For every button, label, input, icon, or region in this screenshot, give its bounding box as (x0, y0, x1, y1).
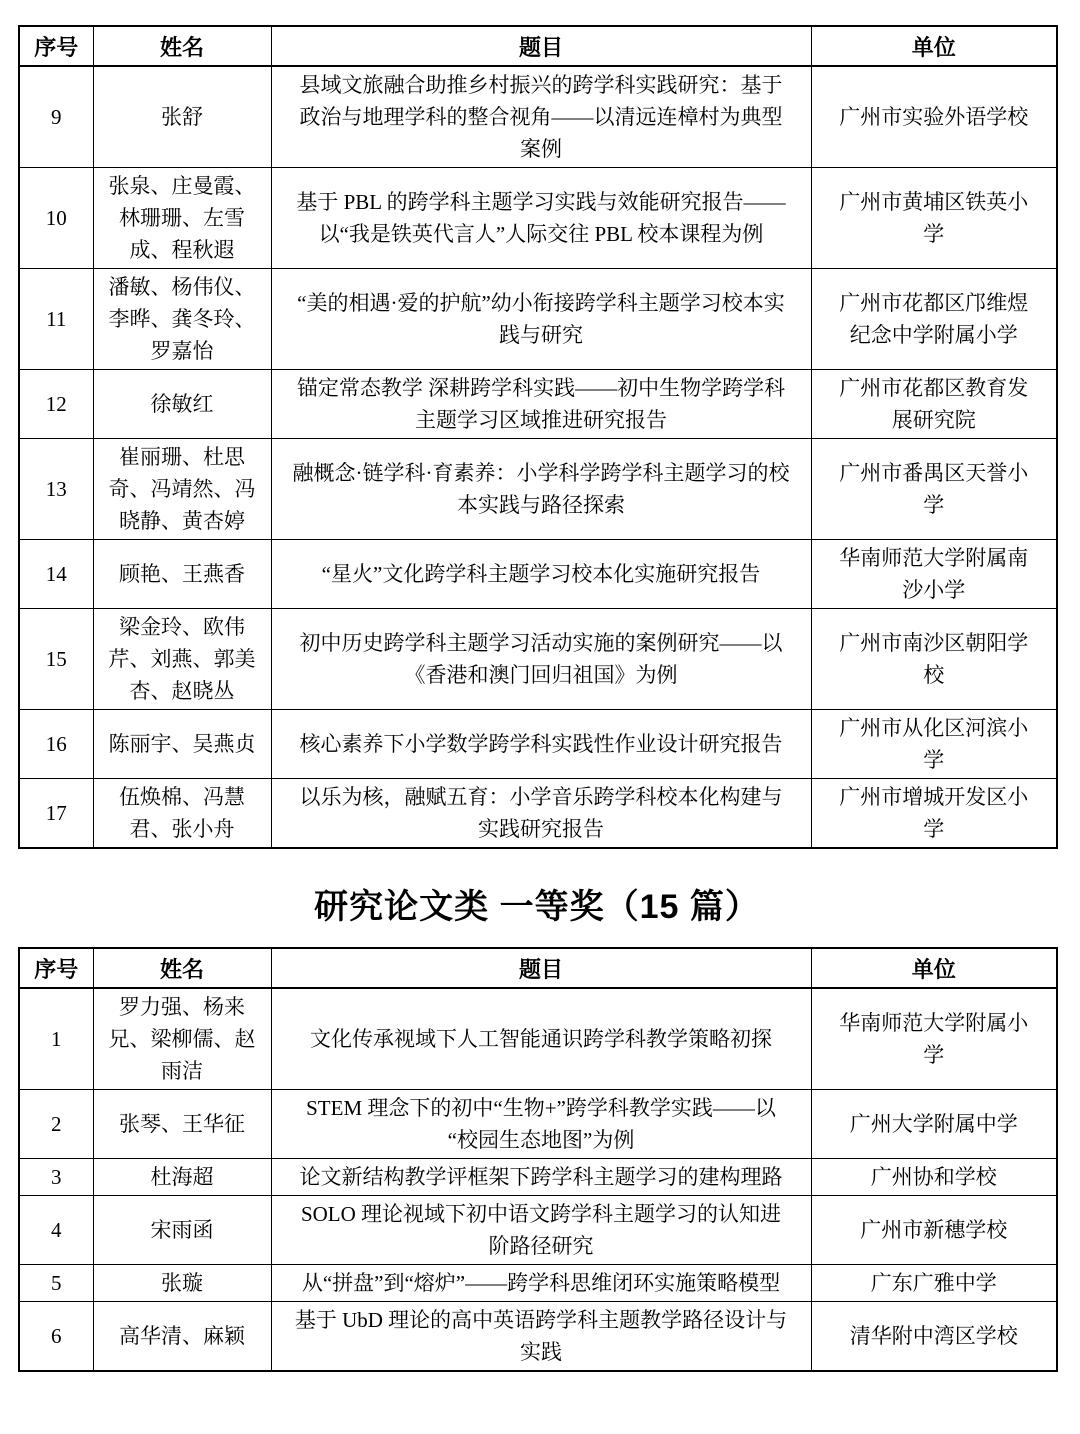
cell-title: 锚定常态教学 深耕跨学科实践——初中生物学跨学科主题学习区域推进研究报告 (271, 370, 811, 439)
table-row: 4宋雨函SOLO 理论视域下初中语文跨学科主题学习的认知进阶路径研究广州市新穗学… (19, 1196, 1057, 1265)
cell-no: 3 (19, 1159, 93, 1196)
cell-title: 基于 PBL 的跨学科主题学习实践与效能研究报告——以“我是铁英代言人”人际交往… (271, 168, 811, 269)
cell-unit: 广州市实验外语学校 (811, 66, 1057, 168)
cell-title: 核心素养下小学数学跨学科实践性作业设计研究报告 (271, 710, 811, 779)
cell-names: 宋雨函 (93, 1196, 271, 1265)
cell-title: 基于 UbD 理论的高中英语跨学科主题教学路径设计与实践 (271, 1302, 811, 1372)
column-header-unit: 单位 (811, 948, 1057, 988)
cell-no: 16 (19, 710, 93, 779)
cell-names: 张泉、庄曼霞、林珊珊、左雪成、程秋遐 (93, 168, 271, 269)
cell-title: 论文新结构教学评框架下跨学科主题学习的建构理路 (271, 1159, 811, 1196)
table-row: 17伍焕棉、冯慧君、张小舟以乐为核，融赋五育：小学音乐跨学科校本化构建与实践研究… (19, 779, 1057, 849)
cell-names: 杜海超 (93, 1159, 271, 1196)
cell-unit: 华南师范大学附属小学 (811, 988, 1057, 1090)
cell-unit: 广州市新穗学校 (811, 1196, 1057, 1265)
cell-no: 5 (19, 1265, 93, 1302)
column-header-unit: 单位 (811, 26, 1057, 66)
award-table-research-reports: 序号姓名题目单位9张舒县域文旅融合助推乡村振兴的跨学科实践研究：基于政治与地理学… (18, 25, 1058, 849)
cell-no: 4 (19, 1196, 93, 1265)
cell-names: 顾艳、王燕香 (93, 540, 271, 609)
table-row: 5张璇从“拼盘”到“熔炉”——跨学科思维闭环实施策略模型广东广雅中学 (19, 1265, 1057, 1302)
cell-names: 梁金玲、欧伟芹、刘燕、郭美杏、赵晓丛 (93, 609, 271, 710)
cell-unit: 广州市增城开发区小学 (811, 779, 1057, 849)
cell-names: 张璇 (93, 1265, 271, 1302)
table-row: 10张泉、庄曼霞、林珊珊、左雪成、程秋遐基于 PBL 的跨学科主题学习实践与效能… (19, 168, 1057, 269)
cell-unit: 广州市花都区邝维煜纪念中学附属小学 (811, 269, 1057, 370)
cell-unit: 华南师范大学附属南沙小学 (811, 540, 1057, 609)
cell-no: 6 (19, 1302, 93, 1372)
section-heading: 研究论文类 一等奖（15 篇） (18, 885, 1056, 929)
cell-no: 12 (19, 370, 93, 439)
cell-names: 罗力强、杨来兄、梁柳儒、赵雨洁 (93, 988, 271, 1090)
cell-title: 以乐为核，融赋五育：小学音乐跨学科校本化构建与实践研究报告 (271, 779, 811, 849)
cell-unit: 广东广雅中学 (811, 1265, 1057, 1302)
cell-no: 13 (19, 439, 93, 540)
cell-title: 融概念·链学科·育素养：小学科学跨学科主题学习的校本实践与路径探索 (271, 439, 811, 540)
cell-unit: 广州市番禺区天誉小学 (811, 439, 1057, 540)
cell-title: 文化传承视域下人工智能通识跨学科教学策略初探 (271, 988, 811, 1090)
column-header-no: 序号 (19, 26, 93, 66)
cell-names: 张琴、王华征 (93, 1090, 271, 1159)
award-table-research-papers-first-prize: 序号姓名题目单位1罗力强、杨来兄、梁柳儒、赵雨洁文化传承视域下人工智能通识跨学科… (18, 947, 1058, 1372)
cell-no: 2 (19, 1090, 93, 1159)
table-row: 12徐敏红锚定常态教学 深耕跨学科实践——初中生物学跨学科主题学习区域推进研究报… (19, 370, 1057, 439)
cell-no: 15 (19, 609, 93, 710)
header-row: 序号姓名题目单位 (19, 948, 1057, 988)
cell-unit: 清华附中湾区学校 (811, 1302, 1057, 1372)
document-page: 序号姓名题目单位9张舒县域文旅融合助推乡村振兴的跨学科实践研究：基于政治与地理学… (0, 0, 1080, 1434)
cell-no: 9 (19, 66, 93, 168)
cell-title: 县域文旅融合助推乡村振兴的跨学科实践研究：基于政治与地理学科的整合视角——以清远… (271, 66, 811, 168)
cell-names: 张舒 (93, 66, 271, 168)
column-header-title: 题目 (271, 948, 811, 988)
column-header-names: 姓名 (93, 26, 271, 66)
cell-title: 初中历史跨学科主题学习活动实施的案例研究——以《香港和澳门回归祖国》为例 (271, 609, 811, 710)
cell-unit: 广州市南沙区朝阳学校 (811, 609, 1057, 710)
cell-names: 崔丽珊、杜思奇、冯靖然、冯晓静、黄杏婷 (93, 439, 271, 540)
table-row: 11潘敏、杨伟仪、李晔、龚冬玲、罗嘉怡“美的相遇·爱的护航”幼小衔接跨学科主题学… (19, 269, 1057, 370)
cell-no: 1 (19, 988, 93, 1090)
cell-title: “星火”文化跨学科主题学习校本化实施研究报告 (271, 540, 811, 609)
table-row: 6高华清、麻颖基于 UbD 理论的高中英语跨学科主题教学路径设计与实践清华附中湾… (19, 1302, 1057, 1372)
cell-names: 潘敏、杨伟仪、李晔、龚冬玲、罗嘉怡 (93, 269, 271, 370)
cell-names: 高华清、麻颖 (93, 1302, 271, 1372)
cell-names: 徐敏红 (93, 370, 271, 439)
cell-no: 17 (19, 779, 93, 849)
cell-title: “美的相遇·爱的护航”幼小衔接跨学科主题学习校本实践与研究 (271, 269, 811, 370)
column-header-no: 序号 (19, 948, 93, 988)
cell-title: SOLO 理论视域下初中语文跨学科主题学习的认知进阶路径研究 (271, 1196, 811, 1265)
cell-names: 陈丽宇、吴燕贞 (93, 710, 271, 779)
header-row: 序号姓名题目单位 (19, 26, 1057, 66)
column-header-title: 题目 (271, 26, 811, 66)
table-row: 3杜海超论文新结构教学评框架下跨学科主题学习的建构理路广州协和学校 (19, 1159, 1057, 1196)
cell-unit: 广州协和学校 (811, 1159, 1057, 1196)
cell-no: 14 (19, 540, 93, 609)
table-row: 16陈丽宇、吴燕贞核心素养下小学数学跨学科实践性作业设计研究报告广州市从化区河滨… (19, 710, 1057, 779)
cell-unit: 广州市黄埔区铁英小学 (811, 168, 1057, 269)
table-row: 2张琴、王华征STEM 理念下的初中“生物+”跨学科教学实践——以“校园生态地图… (19, 1090, 1057, 1159)
table-row: 15梁金玲、欧伟芹、刘燕、郭美杏、赵晓丛初中历史跨学科主题学习活动实施的案例研究… (19, 609, 1057, 710)
cell-unit: 广州市花都区教育发展研究院 (811, 370, 1057, 439)
cell-no: 11 (19, 269, 93, 370)
cell-unit: 广州大学附属中学 (811, 1090, 1057, 1159)
column-header-names: 姓名 (93, 948, 271, 988)
table-row: 13崔丽珊、杜思奇、冯靖然、冯晓静、黄杏婷融概念·链学科·育素养：小学科学跨学科… (19, 439, 1057, 540)
cell-title: 从“拼盘”到“熔炉”——跨学科思维闭环实施策略模型 (271, 1265, 811, 1302)
table-row: 9张舒县域文旅融合助推乡村振兴的跨学科实践研究：基于政治与地理学科的整合视角——… (19, 66, 1057, 168)
cell-no: 10 (19, 168, 93, 269)
table-row: 14顾艳、王燕香“星火”文化跨学科主题学习校本化实施研究报告华南师范大学附属南沙… (19, 540, 1057, 609)
cell-names: 伍焕棉、冯慧君、张小舟 (93, 779, 271, 849)
cell-title: STEM 理念下的初中“生物+”跨学科教学实践——以“校园生态地图”为例 (271, 1090, 811, 1159)
table-row: 1罗力强、杨来兄、梁柳儒、赵雨洁文化传承视域下人工智能通识跨学科教学策略初探华南… (19, 988, 1057, 1090)
cell-unit: 广州市从化区河滨小学 (811, 710, 1057, 779)
